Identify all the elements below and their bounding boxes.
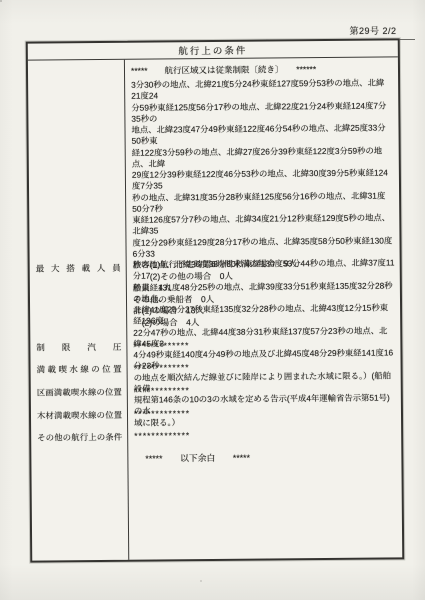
navigation-area-heading: ***** 航行区域又は従業制限〔続き〕 ****** <box>131 62 393 76</box>
doc-number: 第29号 2/2 <box>331 24 415 40</box>
value-limit-steam-pressure: ************* <box>133 340 189 350</box>
scan-noise-speckles <box>0 0 2 2</box>
label-other-navigation-conditions: その他の航行上の条件 <box>37 431 122 444</box>
value-load-line-position: ************* <box>134 362 190 372</box>
value-other-navigation-conditions: ************* <box>134 430 190 440</box>
value-subdivision-load-line-position: ************* <box>134 385 190 395</box>
table-body: 最大搭載人員 制限汽圧 満載喫水線の位置 区画満載喫水線の位置 木材満載喫水線の… <box>28 57 402 560</box>
label-limit-steam-pressure: 制限汽圧 <box>36 341 121 354</box>
label-subdivision-load-line-position: 区画満載喫水線の位置 <box>37 386 122 399</box>
conditions-table: 航行上の条件 最大搭載人員 制限汽圧 満載喫水線の位置 区画満載喫水線の位置 木… <box>26 38 405 562</box>
label-timber-load-line-position: 木材満載喫水線の位置 <box>37 409 122 422</box>
label-max-persons: 最大搭載人員 <box>36 262 121 275</box>
table-title: 航行上の条件 <box>178 43 247 58</box>
value-timber-load-line-position: ************* <box>134 408 190 418</box>
value-column: ***** 航行区域又は従業制限〔続き〕 ****** 3分30秒の地点、北緯2… <box>125 57 402 559</box>
blank-below-note: ***** 以下余白 ***** <box>145 451 250 465</box>
max-persons-detail: 旅客(1)航行予定時間6時間未満の場合 9人 (2)その他の場合 0人 船員 4… <box>133 258 298 328</box>
label-load-line-position: 満載喫水線の位置 <box>37 363 122 376</box>
navigation-area-coordinates: 3分30秒の地点、北緯21度5分24秒東経127度59分53秒の地点、北緯21度… <box>131 77 396 428</box>
label-column: 最大搭載人員 制限汽圧 満載喫水線の位置 区画満載喫水線の位置 木材満載喫水線の… <box>28 60 129 560</box>
